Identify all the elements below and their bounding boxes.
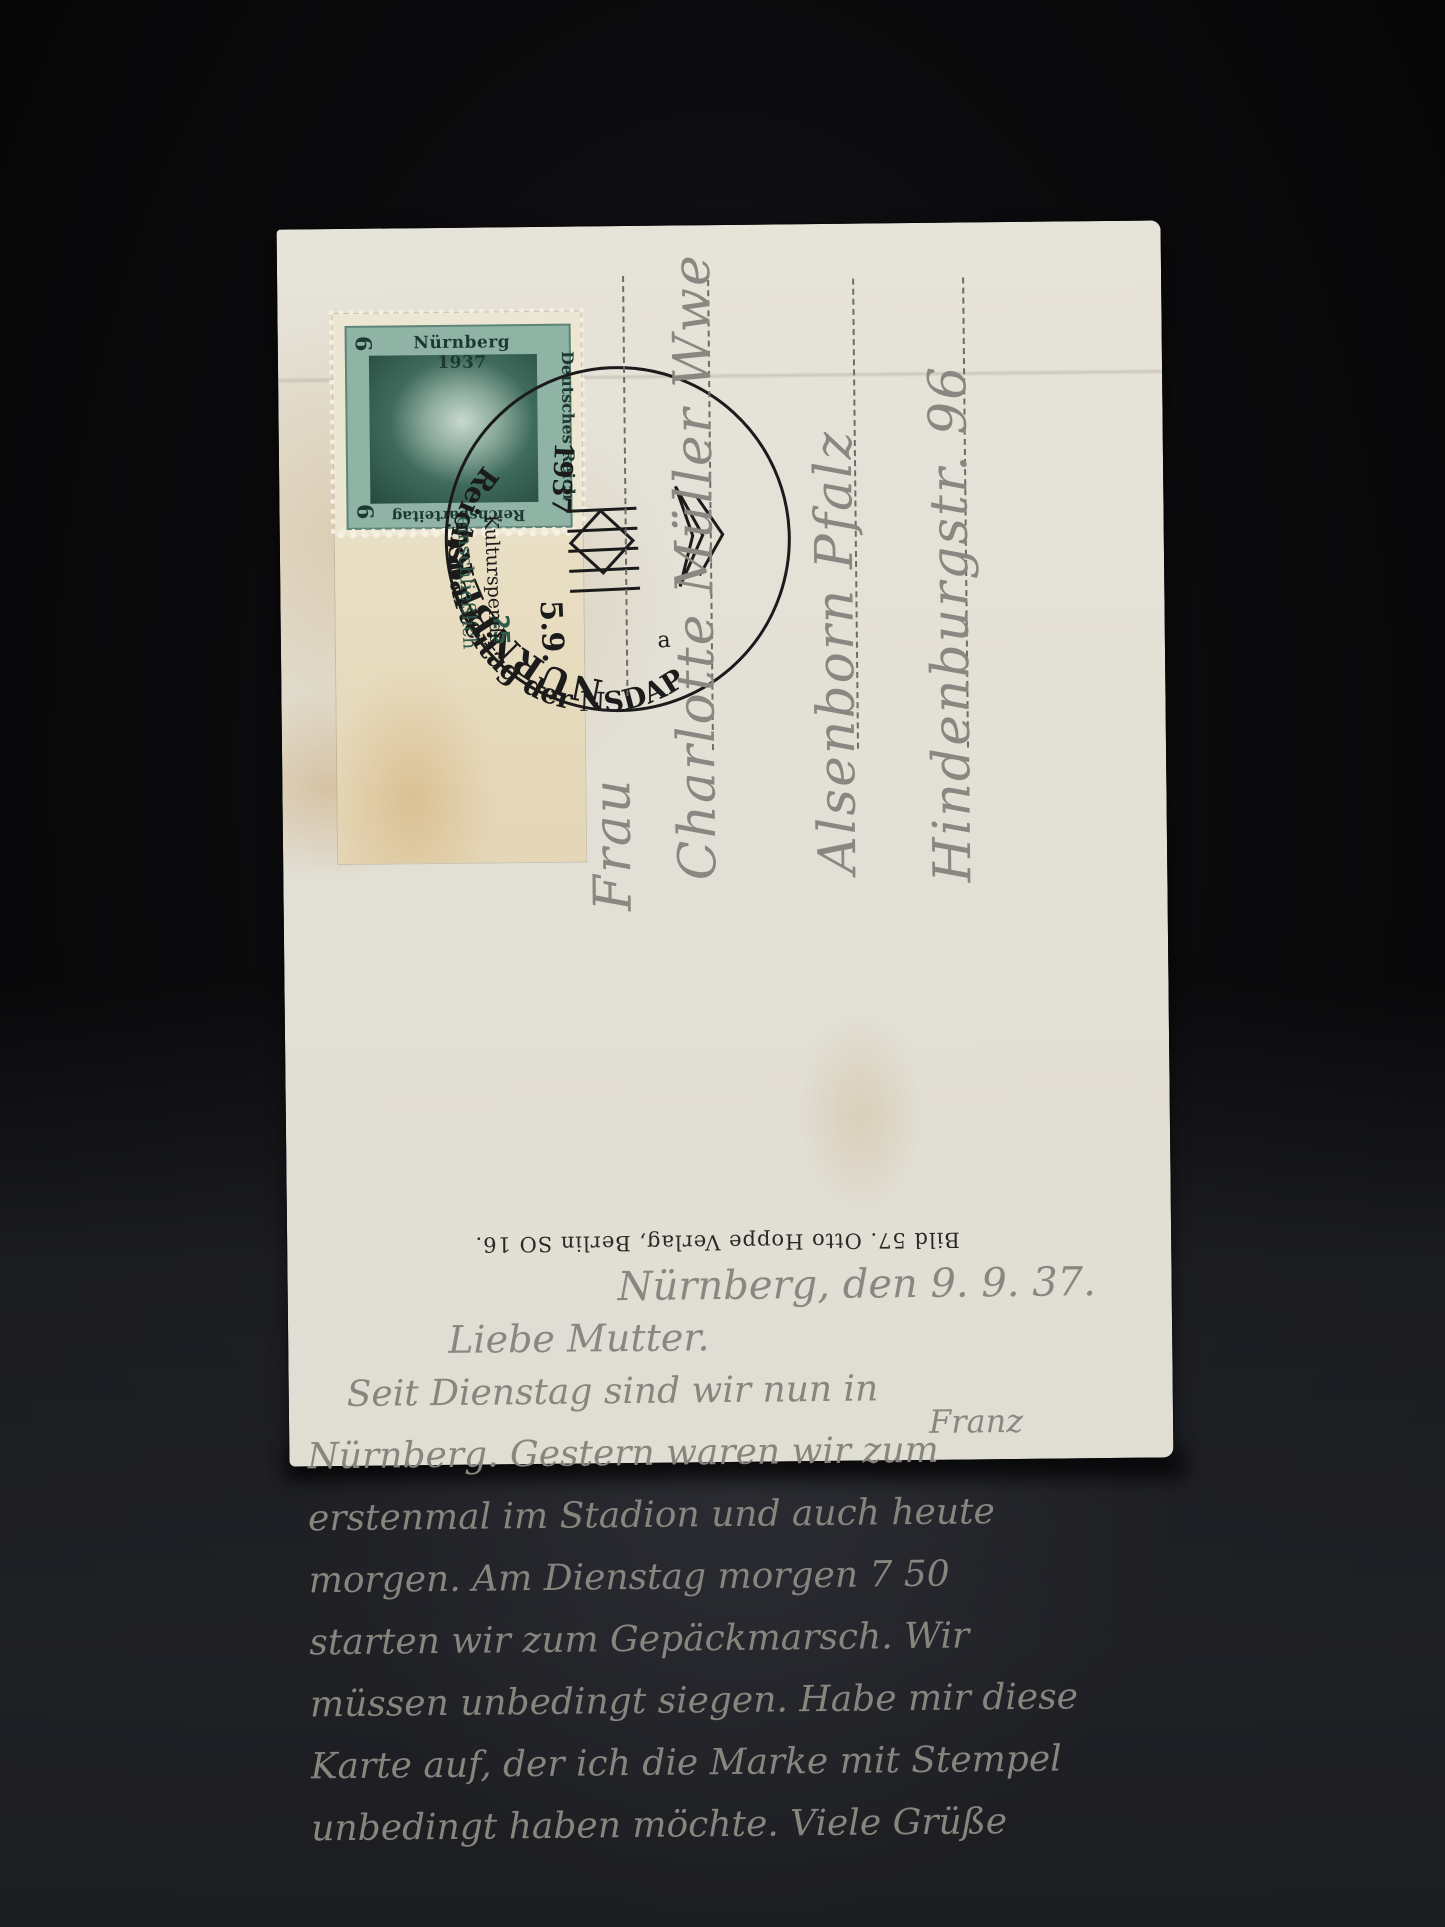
message-line: müssen unbedingt siegen. Habe mir diese: [310, 1665, 1171, 1736]
address-recipient-name: Charlotte Müller Wwe: [662, 253, 729, 881]
message-line: Nürnberg. Gestern waren wir zum: [307, 1417, 1168, 1488]
message-signature: Franz: [929, 1402, 1023, 1441]
address-town: Alsenborn Pfalz: [804, 430, 869, 874]
svg-text:1937: 1937: [545, 442, 578, 516]
message-dateline: Nürnberg, den 9. 9. 37.: [617, 1259, 1096, 1310]
message-line: unbedingt haben möchte. Viele Grüße: [311, 1789, 1172, 1860]
message-line: starten wir zum Gepäckmarsch. Wir: [309, 1603, 1170, 1674]
message-body: Seit Dienstag sind wir nun in Nürnberg. …: [306, 1355, 1171, 1860]
message-line: Karte auf, der ich die Marke mit Stempel: [310, 1727, 1171, 1798]
address-street: Hindenburgstr. 96: [918, 364, 983, 883]
address-recipient-title: Frau: [582, 777, 643, 911]
message-line: morgen. Am Dienstag morgen 7 50: [308, 1541, 1169, 1612]
message-line: Seit Dienstag sind wir nun in: [306, 1355, 1167, 1426]
postmark: NÜRNBERG Reichsparteitag der NSDAP a 5.9…: [437, 358, 798, 719]
postcard: Nürnberg 1937 Deutsches Reich Reichspart…: [277, 220, 1174, 1466]
message-salutation: Liebe Mutter.: [448, 1315, 710, 1362]
message-line: erstenmal im Stadion und auch heute: [308, 1479, 1169, 1550]
publisher-credit: Bild 57. Otto Hoppe Verlag, Berlin SO 16…: [357, 1226, 1077, 1258]
svg-text:5.9.: 5.9.: [533, 599, 571, 663]
